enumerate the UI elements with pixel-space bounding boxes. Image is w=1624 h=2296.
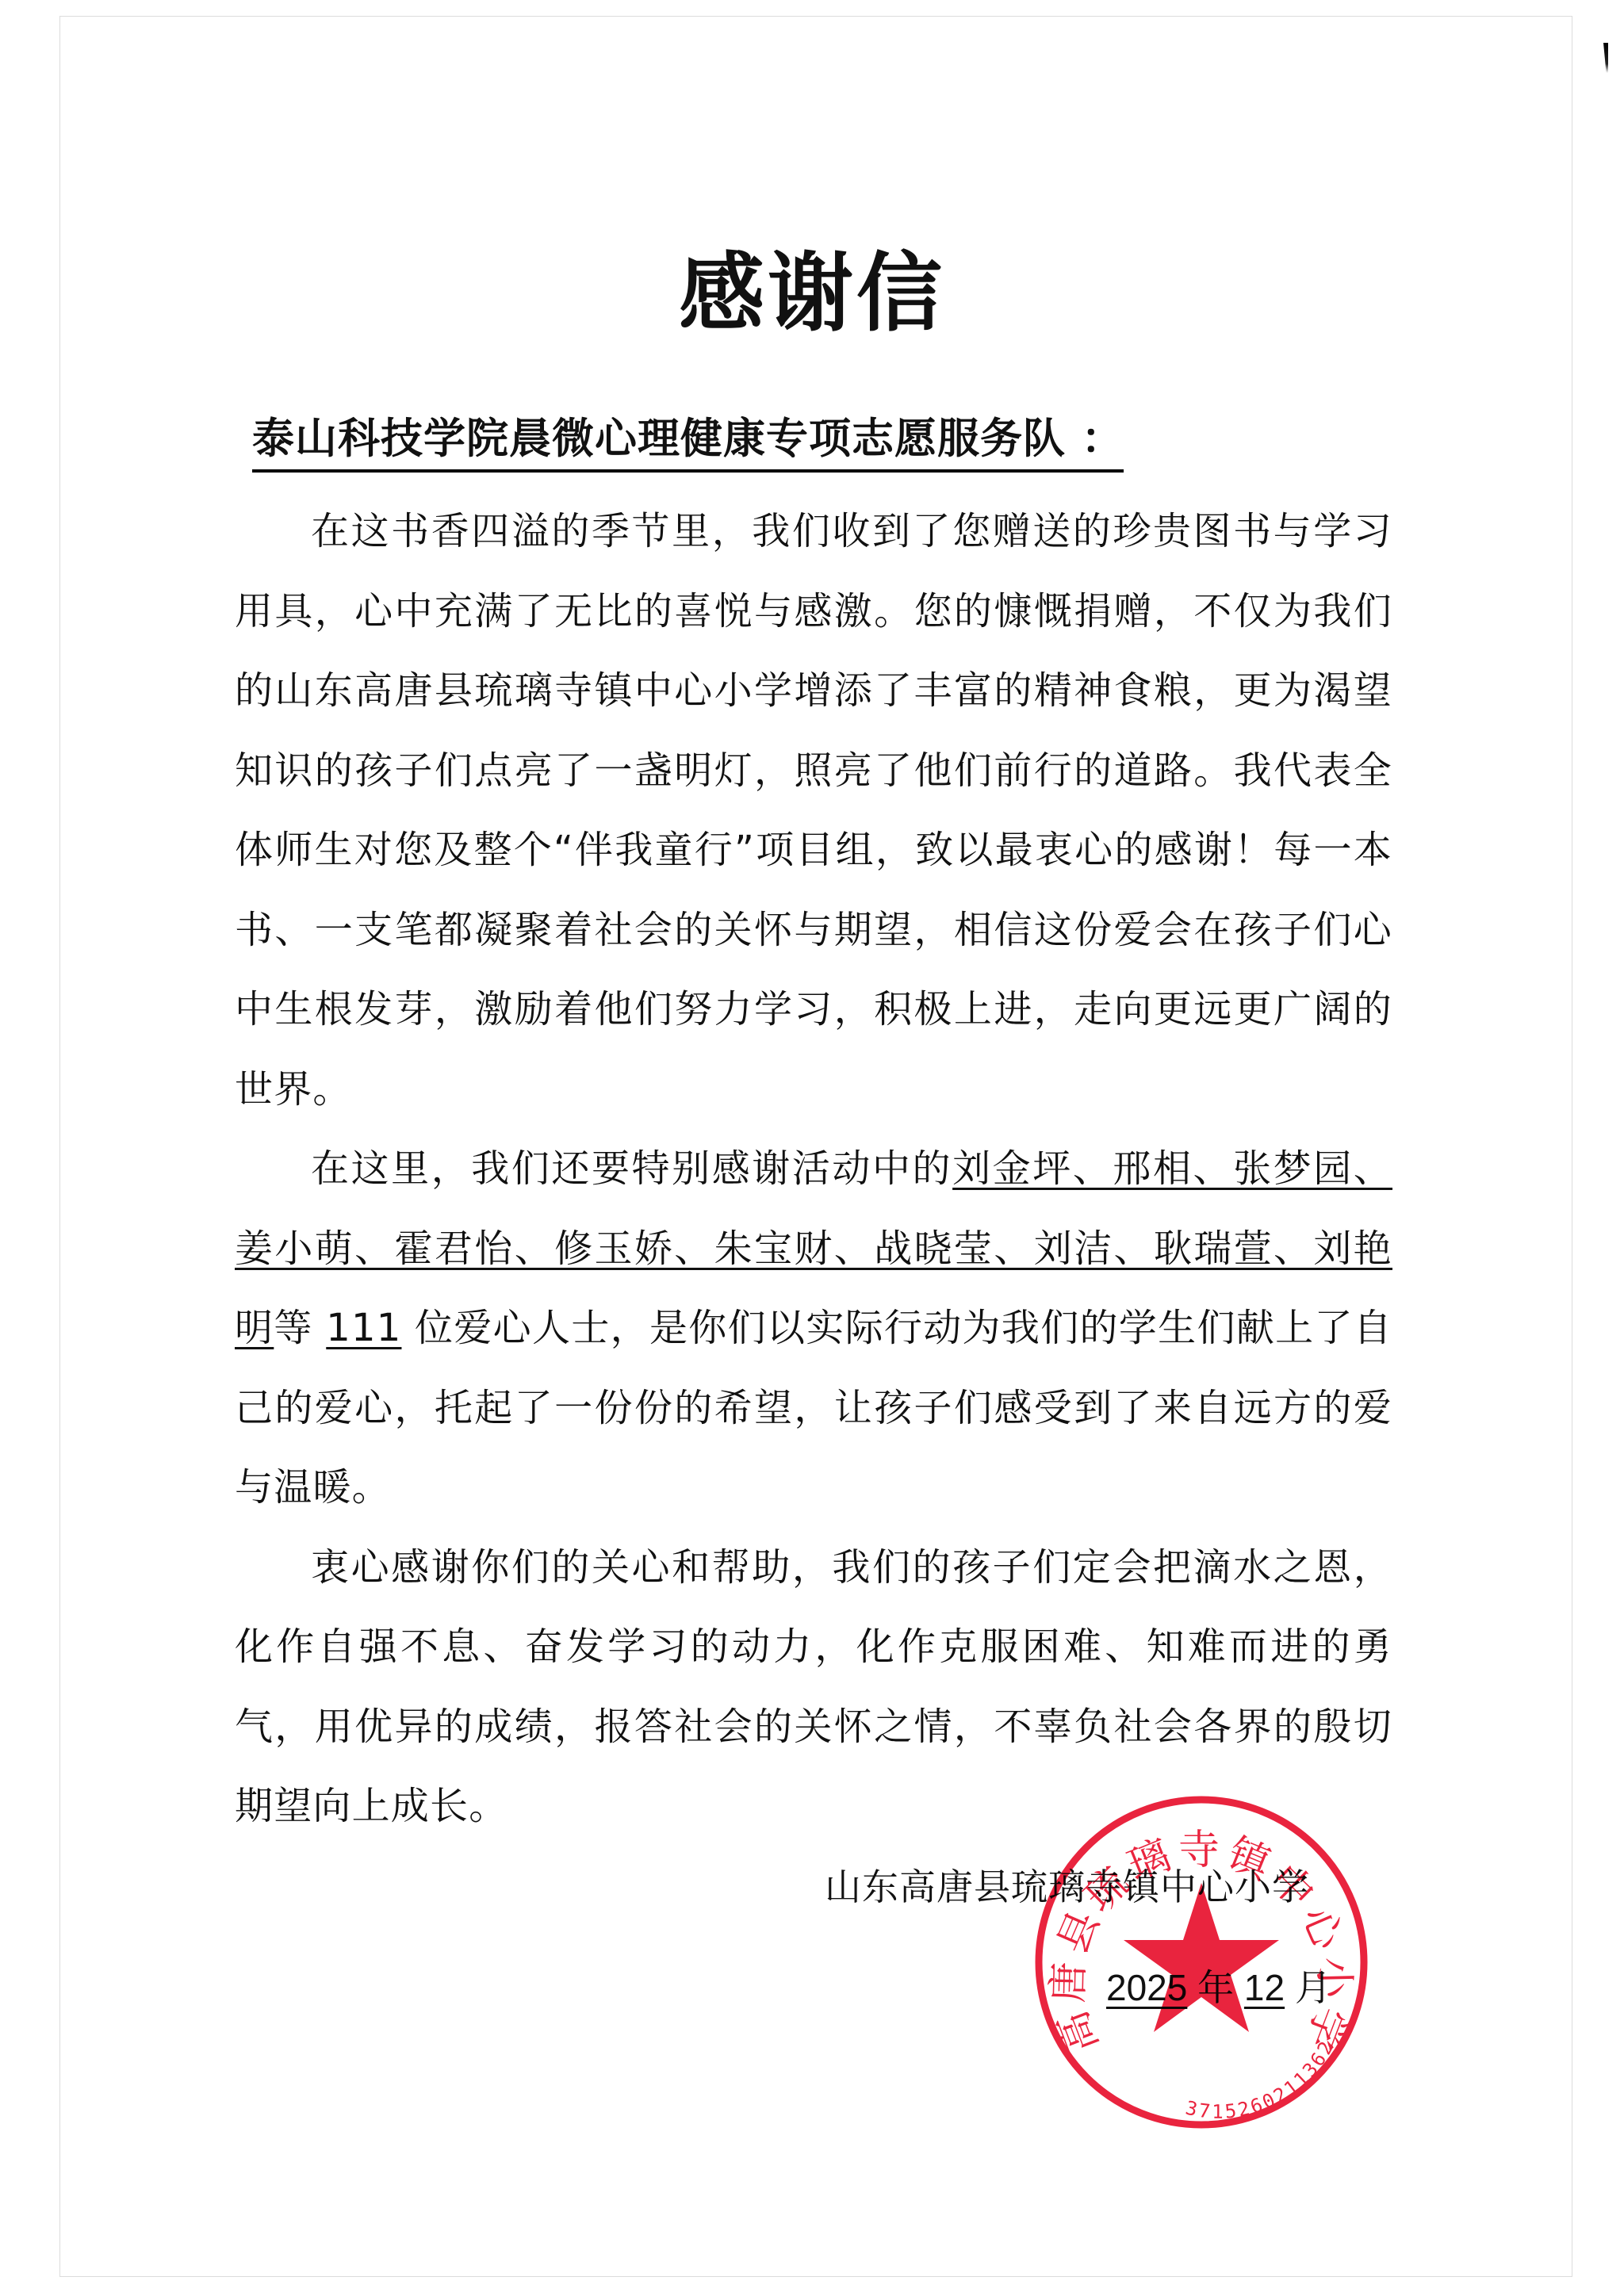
star-icon [1124, 1883, 1279, 2032]
scan-corner-mark [1603, 43, 1608, 73]
paragraph-2-rest: 位爱心人士，是你们以实际行动为我们的学生们献上了自己的爱心，托起了一份份的希望，… [235, 1306, 1392, 1510]
paragraph-1: 在这书香四溢的季节里，我们收到了您赠送的珍贵图书与学习用具，心中充满了无比的喜悦… [235, 492, 1392, 1129]
letter-body: 在这书香四溢的季节里，我们收到了您赠送的珍贵图书与学习用具，心中充满了无比的喜悦… [235, 492, 1392, 1846]
official-seal: 高唐县琉璃寺镇中心小学 3715260211362 [1027, 1788, 1376, 2137]
paragraph-2: 在这里，我们还要特别感谢活动中的刘金坪、邢相、张梦园、姜小萌、霍君怡、修玉娇、朱… [235, 1129, 1392, 1528]
paragraph-2-intro: 在这里，我们还要特别感谢活动中的 [311, 1146, 952, 1191]
volunteer-count: 111 [326, 1306, 401, 1350]
page-title: 感谢信 [0, 238, 1624, 349]
salutation: 泰山科技学院晨微心理健康专项志愿服务队 ： [252, 411, 1124, 473]
paragraph-2-middle: 等 [274, 1306, 326, 1350]
seal-code: 3715260211362 [1183, 2036, 1339, 2123]
